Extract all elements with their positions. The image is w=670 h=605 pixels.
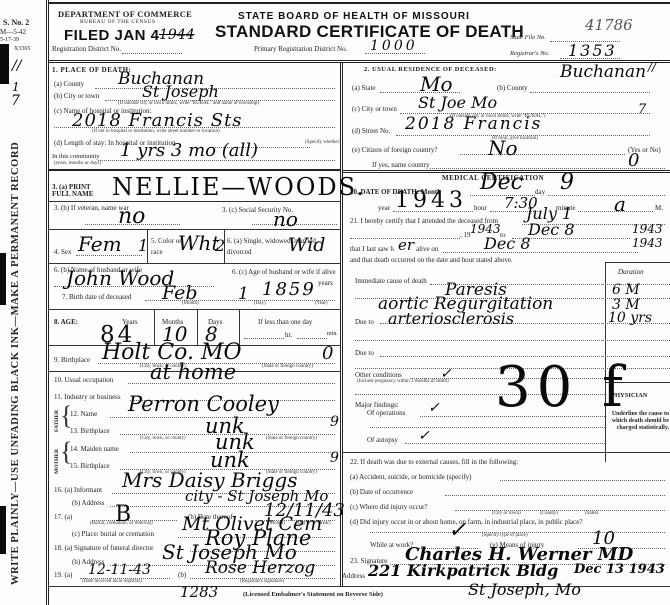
pod-city-note: (If outside city or town limits, write "… [118,101,259,106]
where-note-state: (State) [585,511,598,516]
res-county-line [530,92,650,93]
mother-birthplace-label: 15. Birthplace [70,462,110,470]
registrar-signature-note: (Registrar's signature) [240,579,284,584]
pod-hospital-note: (If not in hospital or institution, writ… [92,129,220,134]
form-code-3: 5-17-39 [0,37,19,43]
full-name-value: NELLIE—WOODS. [112,173,366,201]
occupation-label: 10. Usual occupation [54,376,113,384]
registrar-number-label: Registrar's No. [510,50,549,57]
last-saw-year: 1943 [632,236,663,250]
dod-day-line [548,195,665,196]
res-citizen-line [460,154,625,155]
occurrence-line [445,495,665,496]
pod-community-value: 1 yrs 3 mo (all) [120,140,258,161]
name-divider [48,201,340,202]
occurrence-label: (b) Date of occurrence [350,488,413,496]
where-label: (c) Where did injury occur? [350,503,428,511]
res-city-label: (c) City or town [352,105,397,113]
pod-hospital-value: 2018 Francis Sts [72,110,243,131]
father-note-state: (State or foreign country) [266,436,317,441]
residence-county-top: Buchanan [560,62,646,82]
redaction-bar-3 [0,506,6,554]
res-city-value: St Joe Mo [418,93,497,112]
physician-address-label: Address [342,572,365,580]
immediate-cause-label: Immediate cause of death [355,277,427,285]
informant-label: 16. (a) Informant [54,486,102,494]
age-hr-line [244,338,284,339]
age-min-line [297,338,327,339]
birth-note-year: (Year) [315,301,328,306]
age-hr-label: hr. [285,331,292,339]
filed-stamp: FILED JAN 4 [64,27,160,44]
form-code-4: X3365 [14,46,30,52]
res-street-value: 2018 Francis [405,114,542,134]
cause-3-value: arteriosclerosis [388,309,514,328]
autopsy-line [405,443,605,444]
accident-label: (a) Accident, suicide, or homicide (spec… [350,473,471,481]
birth-divider [48,309,340,310]
burial-note: (Burial, cremation, or removal) [90,521,153,526]
last-saw-pronoun: er [398,236,414,254]
birthplace-mark: 0 [322,343,333,364]
cause-box-bottom [342,452,670,453]
pod-city-label: (b) City or town [54,92,99,100]
dod-year-label: year [378,204,390,212]
residence-margin-mark: // [648,60,656,74]
other-conditions-label: Other conditions [355,371,402,379]
birthplace-label: 9. Birthplace [54,356,90,364]
father-note-city: (City, town, or county) [140,436,186,441]
received-value: 12-11-43 [88,562,151,578]
margin-mark-1: // [12,58,21,74]
mother-mark: 9 [330,450,339,466]
dod-hour-label: hour [474,204,487,212]
pod-county-label: (a) County [54,80,84,88]
color-value: Wht [178,231,219,255]
birth-date-label: 7. Birth date of deceased [62,293,131,301]
death-certificate-scan: S. No. 2 M—5-42 5-17-39 X3365 // 1 7 WRI… [0,0,670,605]
res-citizen-value: No [488,136,518,160]
state-file-label: State File No. [510,34,546,41]
social-security-value: no [273,207,298,231]
birth-year-value: 1859 [262,279,316,300]
operations-check: ✓ [428,400,440,416]
spouse-value: John Wood [66,266,174,290]
where-note-county: (County) [540,511,558,516]
injury-check: ✓ [448,518,466,543]
alive-on-label: alive on [416,245,438,253]
spouse-age-label: 6. (c) Age of husband or wife if alive [232,266,342,279]
registrar-number-value: 1353 [568,41,617,60]
redaction-bar-1 [0,44,9,84]
primary-district-label: Primary Registration District No. [254,45,347,53]
occupation-value: at home [150,360,236,384]
cause-3-duration: 10 yrs [608,310,652,326]
res-street-label: (d) Street No. [352,127,390,135]
res-citizen-label: (e) Citizen of foreign country? [352,146,438,154]
pod-specify-note: (Specify whether) [305,140,341,145]
sex-value: Fem [78,232,122,256]
cause-line-4 [355,340,670,341]
operations-line-2 [370,427,605,428]
cause-1-duration: 6 M [612,282,640,298]
autopsy-check: ✓ [418,428,430,444]
redaction-bar-2 [0,253,6,305]
signature-date: Dec 13 1943 [574,562,665,577]
spouse-age-unit: years [318,279,333,287]
where-line [455,510,665,511]
form-code-1: S. No. 2 [3,18,29,27]
industry-label: 11. Industry or business [54,393,121,401]
attended-to-value: Dec 8 [528,220,575,239]
autopsy-label: Of autopsy [367,436,398,444]
margin-instruction: WRITE PLAINLY—USE UNFADING BLACK INK—MAK… [10,142,21,585]
registration-district-line [122,53,182,54]
department-label: DEPARTMENT OF COMMERCE [58,9,192,19]
primary-district-value: 1000 [370,38,418,54]
marital-value: Wid [288,234,325,256]
frame-left [46,0,49,605]
dod-month-value: Dec [480,170,523,195]
burial-label: 17. (a) [54,513,72,521]
res-country-label: If yes, name country [372,161,430,169]
external-causes-label: 22. If death was due to external causes,… [350,458,518,466]
frame-top [48,2,670,4]
age-min-label: min. [327,331,338,337]
father-birthplace-label: 13. Birthplace [70,427,110,435]
pod-city-value: St Joseph [142,82,219,101]
duration-header-top [605,262,670,263]
father-name-label: 12. Name [70,410,97,418]
major-findings-label: Major findings: [355,401,399,409]
director-label: 18. (a) Signature of funeral director [54,544,154,552]
age-label: 8. AGE: [54,318,78,326]
received-note: (Date received local registrar) [82,579,142,584]
operations-label: Of operations [367,409,405,417]
sex-label: 4. Sex [54,248,72,256]
section1-divider [48,169,340,171]
informant-address-label: (b) Address [72,499,104,507]
embalmer-note: (Licensed Embalmer's Statement on Revers… [243,591,383,598]
dod-m-label: M. [655,204,663,212]
dod-ampm-value: a [614,192,626,216]
accident-line [500,480,665,481]
embalmer-number: 1283 [180,583,218,601]
residence-margin-mark-2: 7 [638,102,646,117]
birth-note-month: (Month) [182,301,199,306]
dod-year-value: 1943 [395,188,467,213]
sex-divider [48,263,340,264]
father-name-value: Perron Cooley [128,392,279,416]
due-to-label-2: Due to [355,349,374,357]
filed-year: 1944 [159,27,195,43]
margin-mark-3: 7 [11,93,20,109]
physician-address-city: St Joseph, Mo [468,580,581,599]
full-name-label-text: 3. (a) PRINT FULL NAME [52,183,93,198]
pod-community-note: (years, months or days) [54,161,101,166]
last-saw-date: Dec 8 [484,234,531,253]
mother-name-label: 14. Maiden name [70,445,119,453]
other-conditions-check: ✓ [440,366,452,382]
form-code-2: M—5-42 [0,28,26,36]
veteran-divider [48,229,340,230]
veteran-value: no [118,204,145,229]
res-state-label: (a) State [352,84,376,92]
due-to-label-1: Due to [355,318,374,326]
registration-district-label: Registration District No. [52,45,121,53]
burial-place-label: (c) Place: burial or cremation [72,530,154,538]
full-name-label: 3. (a) PRINT FULL NAME [52,184,96,198]
birth-day-value: 1 [238,284,249,304]
board-title: STATE BOARD OF HEALTH OF MISSOURI [238,11,470,22]
color-marital-divider [224,229,225,263]
other-conditions-note: (Include pregnancy within 3 months of de… [357,379,449,384]
age-header-less-day: If less than one day [258,318,312,326]
duration-header: Duration [618,268,644,276]
last-saw-line [443,252,638,253]
attended-from-year-prefix: , 19 [460,231,471,239]
large-handwritten-mark: 30 f [495,355,629,420]
birthplace-note-state: (State or foreign country) [262,364,313,369]
where-note-city: (City or town) [492,511,521,516]
res-country-value: 0 [628,150,639,171]
sex-color-divider [147,229,148,263]
dod-day-value: 9 [560,170,574,195]
injury-place-note: (Specify type of place) [482,533,528,538]
margin-mark-2: 1 [12,80,20,94]
father-mark: 9 [330,414,339,430]
registrar-signature-label: (b) [178,571,186,579]
attended-to-year-value: 1943 [632,222,663,236]
death-occurred-label: and that death occurred on the date and … [350,256,513,264]
physician-address-value: 221 Kirkpatrick Bldg [368,561,558,580]
birth-note-day: (Day) [254,301,266,306]
res-county-label: (b) County [497,84,528,92]
registrar-signature-value: Rose Herzog [205,558,315,578]
pod-community-label: In this community [52,153,100,160]
state-file-value: 41786 [585,16,633,34]
received-label: 19. (a) [54,571,72,579]
bureau-label: BUREAU OF THE CENSUS [80,19,155,25]
last-saw-label: that I last saw h [350,245,394,253]
